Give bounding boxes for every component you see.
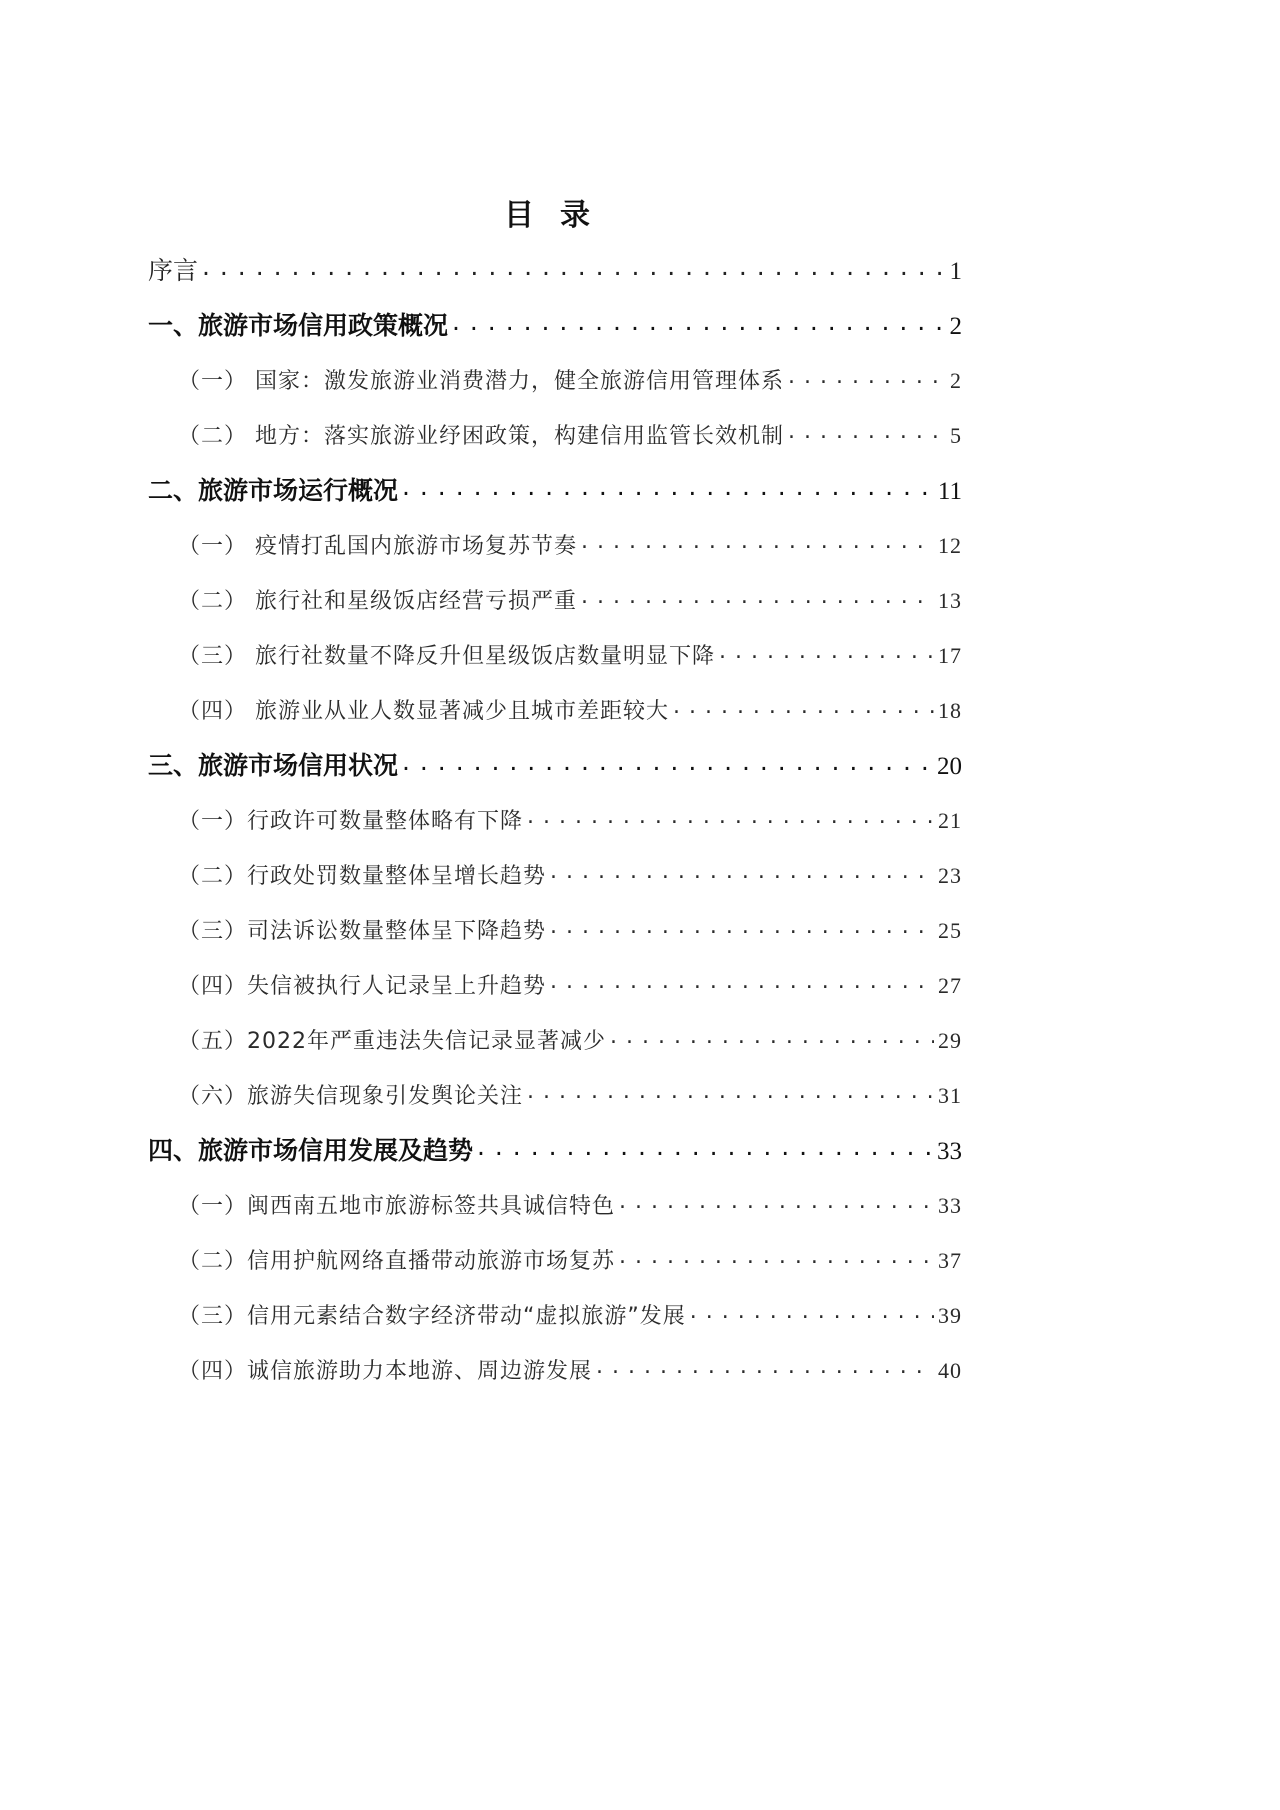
toc-entry-page: 31	[938, 1068, 962, 1123]
toc-entry-section-3-6[interactable]: （六）旅游失信现象引发舆论关注 31	[148, 1068, 962, 1123]
toc-entry-preface[interactable]: 序言 1	[148, 243, 962, 298]
table-of-contents: 序言 1 一、旅游市场信用政策概况 2 （一） 国家：激发旅游业消费潜力，健全旅…	[148, 243, 962, 1398]
dot-leader	[452, 309, 944, 334]
dot-leader	[550, 971, 934, 993]
toc-entry-section-2-2[interactable]: （二） 旅行社和星级饭店经营亏损严重 13	[148, 573, 962, 628]
toc-entry-chapter-2[interactable]: 二、旅游市场运行概况 11	[148, 463, 962, 518]
toc-entry-page: 33	[938, 1178, 962, 1233]
toc-entry-page: 25	[938, 903, 962, 958]
toc-entry-section-3-4[interactable]: （四）失信被执行人记录呈上升趋势 27	[148, 958, 962, 1013]
dot-leader	[673, 696, 934, 718]
toc-entry-label: （一） 国家：激发旅游业消费潜力，健全旅游信用管理体系	[178, 354, 784, 408]
toc-entry-label: （四）失信被执行人记录呈上升趋势	[178, 959, 546, 1013]
document-page: 目录 序言 1 一、旅游市场信用政策概况 2 （一） 国家：激发旅游业消费潜力，…	[0, 0, 1280, 1810]
toc-entry-section-4-3[interactable]: （三）信用元素结合数字经济带动“虚拟旅游”发展 39	[148, 1288, 962, 1343]
dot-leader	[550, 916, 934, 938]
toc-entry-section-4-1[interactable]: （一）闽西南五地市旅游标签共具诚信特色 33	[148, 1178, 962, 1233]
toc-entry-section-2-1[interactable]: （一） 疫情打乱国内旅游市场复苏节奏 12	[148, 518, 962, 573]
toc-entry-page: 29	[938, 1013, 962, 1068]
toc-entry-chapter-3[interactable]: 三、旅游市场信用状况 20	[148, 738, 962, 793]
dot-leader	[610, 1026, 934, 1048]
dot-leader	[527, 806, 934, 828]
toc-entry-page: 21	[938, 793, 962, 848]
toc-entry-page: 18	[938, 683, 962, 738]
dot-leader	[690, 1301, 934, 1323]
toc-entry-page: 17	[938, 628, 962, 683]
dot-leader	[202, 254, 944, 279]
dot-leader	[596, 1356, 934, 1378]
toc-entry-label: （四） 旅游业从业人数显著减少且城市差距较大	[178, 684, 669, 738]
toc-entry-label: （一） 疫情打乱国内旅游市场复苏节奏	[178, 519, 577, 573]
toc-entry-label: （三）司法诉讼数量整体呈下降趋势	[178, 904, 546, 958]
toc-entry-section-3-1[interactable]: （一）行政许可数量整体略有下降 21	[148, 793, 962, 848]
toc-entry-section-3-2[interactable]: （二）行政处罚数量整体呈增长趋势 23	[148, 848, 962, 903]
toc-entry-label: （四）诚信旅游助力本地游、周边游发展	[178, 1344, 592, 1398]
toc-entry-label: （二） 旅行社和星级饭店经营亏损严重	[178, 574, 577, 628]
toc-entry-section-4-2[interactable]: （二）信用护航网络直播带动旅游市场复苏 37	[148, 1233, 962, 1288]
toc-entry-label: （一）行政许可数量整体略有下降	[178, 794, 523, 848]
toc-title: 目录	[0, 190, 1120, 234]
toc-entry-page: 13	[938, 573, 962, 628]
toc-entry-section-2-3[interactable]: （三） 旅行社数量不降反升但星级饭店数量明显下降 17	[148, 628, 962, 683]
toc-entry-section-3-3[interactable]: （三）司法诉讼数量整体呈下降趋势 25	[148, 903, 962, 958]
dot-leader	[402, 474, 934, 499]
toc-entry-chapter-4[interactable]: 四、旅游市场信用发展及趋势 33	[148, 1123, 962, 1178]
dot-leader	[477, 1134, 933, 1159]
dot-leader	[581, 586, 934, 608]
toc-entry-page: 11	[938, 464, 962, 518]
toc-entry-page: 20	[937, 739, 962, 793]
toc-entry-page: 39	[938, 1288, 962, 1343]
toc-entry-label: （三）信用元素结合数字经济带动“虚拟旅游”发展	[178, 1289, 686, 1343]
dot-leader	[788, 366, 944, 388]
dot-leader	[581, 531, 934, 553]
toc-entry-page: 1	[948, 244, 962, 298]
toc-entry-label: （一）闽西南五地市旅游标签共具诚信特色	[178, 1179, 615, 1233]
toc-entry-section-3-5[interactable]: （五）2022年严重违法失信记录显著减少 29	[148, 1013, 962, 1068]
dot-leader	[527, 1081, 934, 1103]
dot-leader	[619, 1246, 934, 1268]
toc-entry-label: （二）信用护航网络直播带动旅游市场复苏	[178, 1234, 615, 1288]
toc-entry-page: 2	[948, 353, 962, 408]
toc-entry-label: （五）2022年严重违法失信记录显著减少	[178, 1014, 606, 1068]
dot-leader	[719, 641, 934, 663]
toc-entry-page: 5	[948, 408, 962, 463]
toc-entry-section-1-1[interactable]: （一） 国家：激发旅游业消费潜力，健全旅游信用管理体系 2	[148, 353, 962, 408]
toc-entry-section-1-2[interactable]: （二） 地方：落实旅游业纾困政策，构建信用监管长效机制 5	[148, 408, 962, 463]
dot-leader	[550, 861, 934, 883]
toc-entry-label: （六）旅游失信现象引发舆论关注	[178, 1069, 523, 1123]
toc-entry-page: 12	[938, 518, 962, 573]
toc-entry-page: 40	[938, 1343, 962, 1398]
toc-entry-label: （二） 地方：落实旅游业纾困政策，构建信用监管长效机制	[178, 409, 784, 463]
toc-entry-page: 33	[937, 1124, 962, 1178]
toc-entry-label: 三、旅游市场信用状况	[148, 738, 398, 793]
toc-entry-label: （三） 旅行社数量不降反升但星级饭店数量明显下降	[178, 629, 715, 683]
toc-entry-page: 2	[948, 299, 962, 353]
toc-entry-section-4-4[interactable]: （四）诚信旅游助力本地游、周边游发展 40	[148, 1343, 962, 1398]
toc-entry-page: 37	[938, 1233, 962, 1288]
toc-entry-chapter-1[interactable]: 一、旅游市场信用政策概况 2	[148, 298, 962, 353]
toc-entry-page: 23	[938, 848, 962, 903]
toc-entry-page: 27	[938, 958, 962, 1013]
toc-entry-label: 二、旅游市场运行概况	[148, 463, 398, 518]
toc-entry-label: 一、旅游市场信用政策概况	[148, 298, 448, 353]
toc-entry-label: （二）行政处罚数量整体呈增长趋势	[178, 849, 546, 903]
toc-entry-label: 四、旅游市场信用发展及趋势	[148, 1123, 473, 1178]
toc-entry-label: 序言	[148, 243, 198, 298]
dot-leader	[788, 421, 944, 443]
dot-leader	[402, 749, 933, 774]
dot-leader	[619, 1191, 934, 1213]
toc-entry-section-2-4[interactable]: （四） 旅游业从业人数显著减少且城市差距较大 18	[148, 683, 962, 738]
